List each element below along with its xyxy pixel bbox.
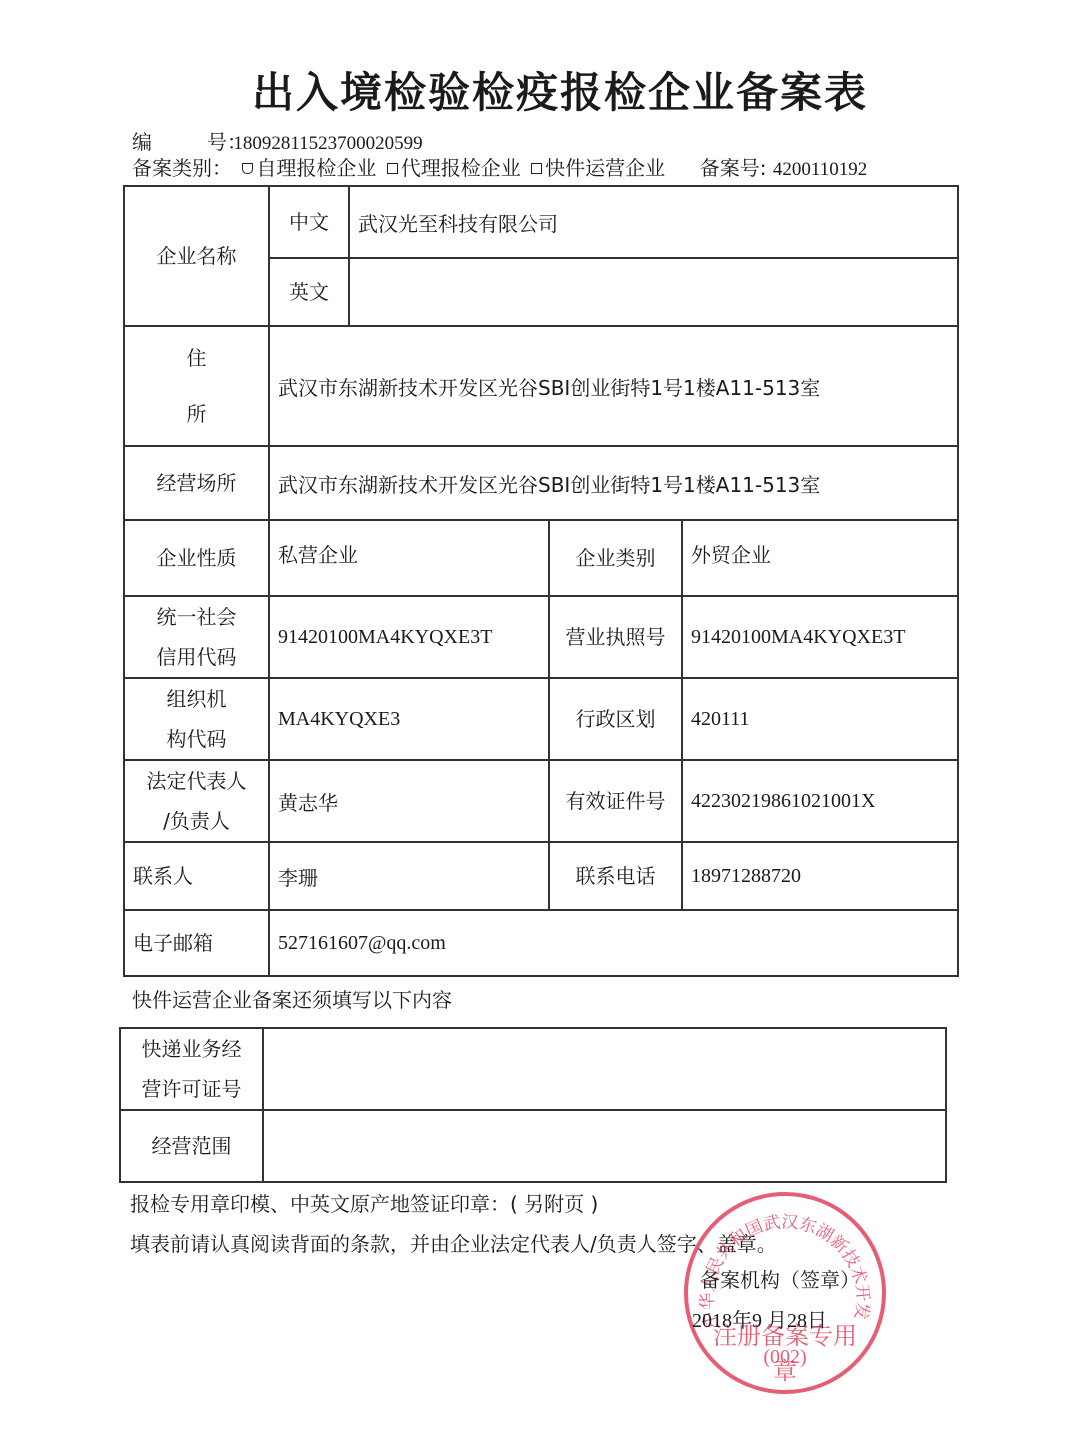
legal-rep-value[interactable]: 黄志华 (269, 760, 549, 842)
main-form-table: 企业名称 中文 武汉光至科技有限公司 英文 住 所 武汉市东湖新技术开发区光谷S… (123, 185, 959, 977)
serial-number-line: 编号： 18092811523700020599 (132, 126, 423, 155)
credit-code-label: 统一社会 信用代码 (124, 596, 269, 678)
chinese-name-label: 中文 (269, 186, 349, 258)
business-scope-label: 经营范围 (120, 1110, 263, 1182)
address-value[interactable]: 武汉市东湖新技术开发区光谷SBI创业街特1号1楼A11-513室 (269, 326, 958, 446)
company-name-label: 企业名称 (124, 186, 269, 326)
business-scope-value[interactable] (263, 1110, 946, 1182)
email-label: 电子邮箱 (124, 910, 269, 976)
premises-label: 经营场所 (124, 446, 269, 520)
org-code-label: 组织机 构代码 (124, 678, 269, 760)
serial-label: 编号： (132, 126, 227, 155)
checkbox-self-declaration[interactable] (242, 163, 253, 174)
filing-number: 4200110192 (773, 159, 867, 180)
address-label: 住 所 (124, 326, 269, 446)
legal-rep-label: 法定代表人 /负责人 (124, 760, 269, 842)
chinese-name-value[interactable]: 武汉光至科技有限公司 (349, 186, 958, 258)
express-section-heading: 快件运营企业备案还须填写以下内容 (132, 984, 452, 1013)
region-value[interactable]: 420111 (682, 678, 958, 760)
permit-value[interactable] (263, 1028, 946, 1110)
seal-note: 报检专用章印模、中英文原产地签证印章：( 另附页 ) (130, 1188, 598, 1217)
premises-value[interactable]: 武汉市东湖新技术开发区光谷SBI创业街特1号1楼A11-513室 (269, 446, 958, 520)
org-code-value[interactable]: MA4KYQXE3 (269, 678, 549, 760)
english-name-value[interactable] (349, 258, 958, 326)
express-form-table: 快递业务经 营许可证号 经营范围 (119, 1027, 947, 1183)
filing-date: 2018年9 月28日 (692, 1304, 827, 1333)
filing-type-agent: 代理报检企业 (401, 156, 521, 180)
id-number-value[interactable]: 42230219861021001X (682, 760, 958, 842)
contact-value[interactable]: 李珊 (269, 842, 549, 910)
phone-value[interactable]: 18971288720 (682, 842, 958, 910)
filing-type-label: 备案类别： (132, 156, 232, 180)
checkbox-express-operator[interactable] (531, 163, 542, 174)
nature-value[interactable]: 私营企业 (269, 520, 549, 596)
credit-code-value[interactable]: 91420100MA4KYQXE3T (269, 596, 549, 678)
permit-label: 快递业务经 营许可证号 (120, 1028, 263, 1110)
id-number-label: 有效证件号 (549, 760, 682, 842)
agency-signature-label: 备案机构（签章） (700, 1264, 860, 1293)
checkbox-agent-declaration[interactable] (387, 163, 398, 174)
instruction-note: 填表前请认真阅读背面的条款，并由企业法定代表人/负责人签字、盖章。 (130, 1228, 777, 1257)
serial-number: 18092811523700020599 (233, 133, 422, 154)
category-value[interactable]: 外贸企业 (682, 520, 958, 596)
document-title: 出入境检验检疫报检企业备案表 (0, 60, 1080, 120)
filing-type-self: 自理报检企业 (256, 156, 376, 180)
filing-type-line: 备案类别： 自理报检企业 代理报检企业 快件运营企业 备案号: 42001101… (132, 152, 867, 181)
category-label: 企业类别 (549, 520, 682, 596)
filing-number-label: 备案号: (700, 156, 767, 180)
contact-label: 联系人 (124, 842, 269, 910)
filing-type-express: 快件运营企业 (545, 156, 665, 180)
region-label: 行政区划 (549, 678, 682, 760)
official-seal-stamp: 中华人民共和国武汉东湖新技术开发区出入境检验检疫局 注册备案专用章 (002) (684, 1192, 886, 1394)
license-value[interactable]: 91420100MA4KYQXE3T (682, 596, 958, 678)
license-label: 营业执照号 (549, 596, 682, 678)
seal-code: (002) (708, 1346, 862, 1369)
phone-label: 联系电话 (549, 842, 682, 910)
english-name-label: 英文 (269, 258, 349, 326)
nature-label: 企业性质 (124, 520, 269, 596)
email-value[interactable]: 527161607@qq.com (269, 910, 958, 976)
